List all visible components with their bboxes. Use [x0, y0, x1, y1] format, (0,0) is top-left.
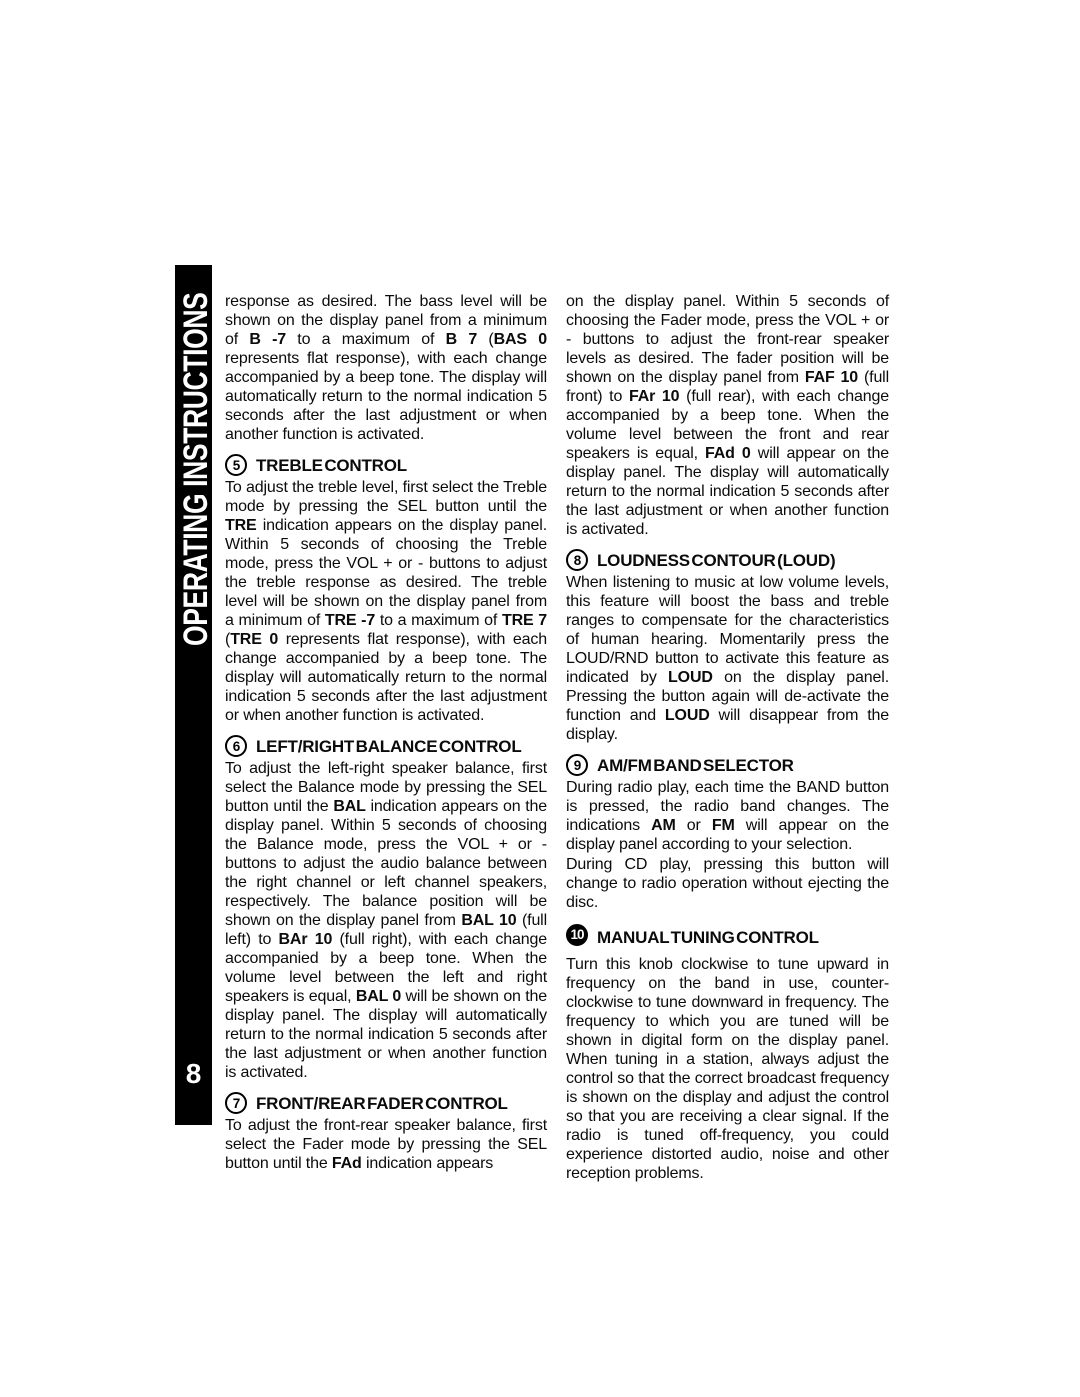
section-8-body: When listening to music at low volume le…	[566, 573, 889, 744]
section-6-body: To adjust the left-right speaker balance…	[225, 759, 547, 1082]
section-5-body: To adjust the treble level, first select…	[225, 478, 547, 725]
section-8-number-badge: 8	[566, 549, 588, 571]
manual-page: OPERATING INSTRUCTIONS 8 response as des…	[0, 0, 1080, 1397]
section-6-number-badge: 6	[225, 735, 247, 757]
section-7-body: To adjust the front-rear speaker balance…	[225, 1116, 547, 1173]
section-7-title: FRONT/REAR FADER CONTROL	[256, 1094, 508, 1113]
left-column: response as desired. The bass level will…	[225, 292, 547, 1173]
section-10-body: Turn this knob clockwise to tune upward …	[566, 955, 889, 1183]
bass-control-continuation-paragraph: response as desired. The bass level will…	[225, 292, 547, 444]
section-7-number-badge: 7	[225, 1092, 247, 1114]
section-9-body-paragraph-1: During radio play, each time the BAND bu…	[566, 778, 889, 854]
section-9-number-badge: 9	[566, 754, 588, 776]
section-header-balance-control: 6 LEFT/RIGHT BALANCE CONTROL	[225, 735, 547, 757]
chapter-vertical-title: OPERATING INSTRUCTIONS	[179, 272, 213, 646]
section-10-number-badge: 10	[566, 924, 588, 946]
section-5-number-badge: 5	[225, 454, 247, 476]
right-column: on the display panel. Within 5 seconds o…	[566, 292, 889, 1183]
fader-control-continuation-paragraph: on the display panel. Within 5 seconds o…	[566, 292, 889, 539]
section-header-treble-control: 5 TREBLE CONTROL	[225, 454, 547, 476]
page-number: 8	[175, 1058, 212, 1090]
section-10-title: MANUAL TUNING CONTROL	[597, 928, 819, 947]
section-header-fader-control: 7 FRONT/REAR FADER CONTROL	[225, 1092, 547, 1114]
section-header-loudness-contour: 8 LOUDNESS CONTOUR (LOUD)	[566, 549, 889, 571]
section-header-band-selector: 9 AM/FM BAND SELECTOR	[566, 754, 889, 776]
section-8-title: LOUDNESS CONTOUR (LOUD)	[597, 551, 835, 570]
section-9-title: AM/FM BAND SELECTOR	[597, 756, 794, 775]
section-6-title: LEFT/RIGHT BALANCE CONTROL	[256, 737, 522, 756]
section-9-body-paragraph-2: During CD play, pressing this button wil…	[566, 855, 889, 912]
section-5-title: TREBLE CONTROL	[256, 456, 407, 475]
section-header-manual-tuning: 10 MANUAL TUNING CONTROL	[566, 922, 889, 947]
